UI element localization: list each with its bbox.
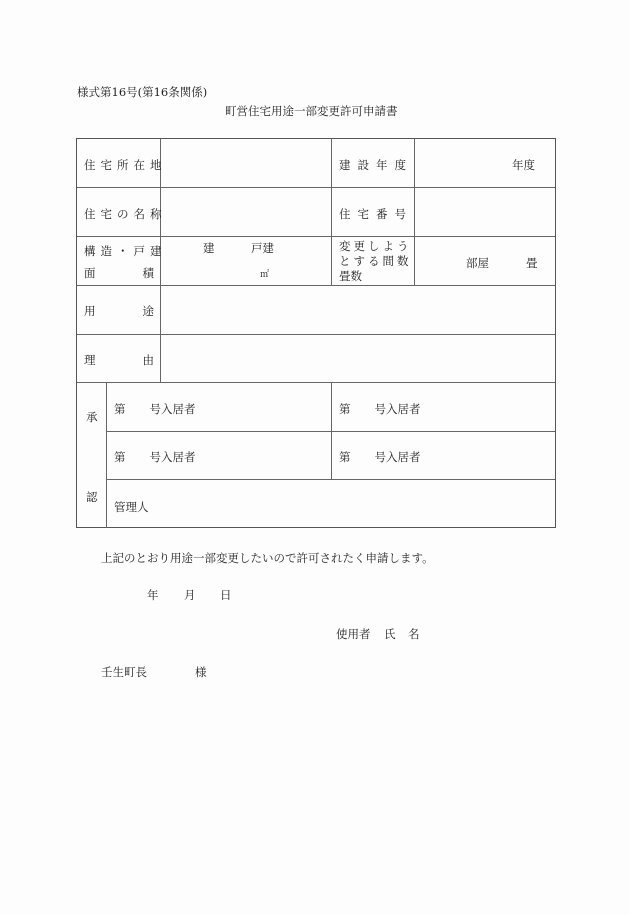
house-number-field[interactable] — [416, 190, 553, 234]
rooms-label-3: 畳数 — [339, 268, 362, 284]
addressee-honorific: 様 — [195, 664, 207, 680]
use-label: 用 途 — [84, 303, 154, 319]
resident-prefix: 第 — [339, 450, 351, 464]
approval-label-bottom: 認 — [86, 489, 98, 505]
structure-label: 構造・戸建 — [84, 243, 167, 259]
use-label-a: 用 — [84, 303, 96, 319]
rooms-unit: 部屋 — [466, 255, 489, 271]
resident-suffix: 号入居者 — [150, 450, 196, 464]
row-divider — [77, 187, 555, 188]
resident-suffix: 号入居者 — [375, 450, 421, 464]
tatami-unit: 畳 — [526, 255, 538, 271]
area-label-b: 積 — [143, 265, 155, 281]
resident-suffix: 号入居者 — [375, 402, 421, 416]
applicant-name-b: 名 — [408, 626, 420, 642]
structure-build: 建 — [203, 240, 215, 256]
applicant-name-a: 氏 — [384, 626, 396, 642]
use-field[interactable] — [162, 288, 552, 332]
resident-prefix: 第 — [339, 402, 351, 416]
col-divider — [331, 139, 332, 285]
house-number-label: 住宅番号 — [339, 206, 413, 222]
col-divider — [106, 382, 107, 528]
reason-label-b: 由 — [143, 352, 155, 368]
structure-detached: 戸建 — [251, 240, 274, 256]
col-divider — [160, 139, 161, 382]
resident-1[interactable]: 第号入居者 — [114, 401, 196, 417]
addressee-name: 壬生町長 — [101, 664, 147, 680]
area-label-a: 面 — [84, 265, 96, 281]
date-month: 月 — [184, 587, 196, 603]
area-label: 面 積 — [84, 265, 154, 281]
resident-4[interactable]: 第号入居者 — [339, 449, 421, 465]
location-label: 住宅所在地 — [84, 157, 167, 173]
row-divider — [77, 236, 555, 237]
use-label-b: 途 — [143, 303, 155, 319]
row-divider — [106, 479, 555, 480]
resident-2[interactable]: 第号入居者 — [339, 401, 421, 417]
resident-prefix: 第 — [114, 402, 126, 416]
rooms-label-1: 変更しよう — [339, 238, 412, 254]
form-number-label: 様式第16号(第16条関係) — [77, 84, 207, 100]
page-title: 町営住宅用途一部変更許可申請書 — [225, 103, 398, 119]
date-day: 日 — [220, 587, 232, 603]
reason-label-a: 理 — [84, 352, 96, 368]
row-divider — [77, 334, 555, 335]
application-statement: 上記のとおり用途一部変更したいので許可されたく申請します。 — [101, 550, 434, 566]
build-year-label: 建設年度 — [339, 157, 413, 173]
rooms-label-2: とする間数 — [339, 253, 412, 269]
resident-prefix: 第 — [114, 450, 126, 464]
resident-suffix: 号入居者 — [150, 402, 196, 416]
location-field[interactable] — [162, 141, 330, 185]
reason-label: 理 由 — [84, 352, 154, 368]
name-label: 住宅の名称 — [84, 206, 167, 222]
col-divider — [331, 382, 332, 479]
col-divider — [414, 139, 415, 285]
row-divider — [77, 382, 555, 383]
resident-3[interactable]: 第号入居者 — [114, 449, 196, 465]
reason-field[interactable] — [162, 337, 552, 380]
name-field[interactable] — [162, 190, 330, 234]
approval-label-top: 承 — [86, 409, 98, 425]
build-year-suffix: 年度 — [512, 157, 535, 173]
application-table: 住宅所在地 建設年度 年度 住宅の名称 住宅番号 構造・戸建 面 積 建 戸建 … — [76, 138, 556, 528]
row-divider — [77, 285, 555, 286]
manager-field[interactable]: 管理人 — [114, 499, 149, 515]
date-year: 年 — [147, 587, 159, 603]
area-unit: ㎡ — [260, 267, 269, 280]
applicant-role: 使用者 — [336, 626, 371, 642]
